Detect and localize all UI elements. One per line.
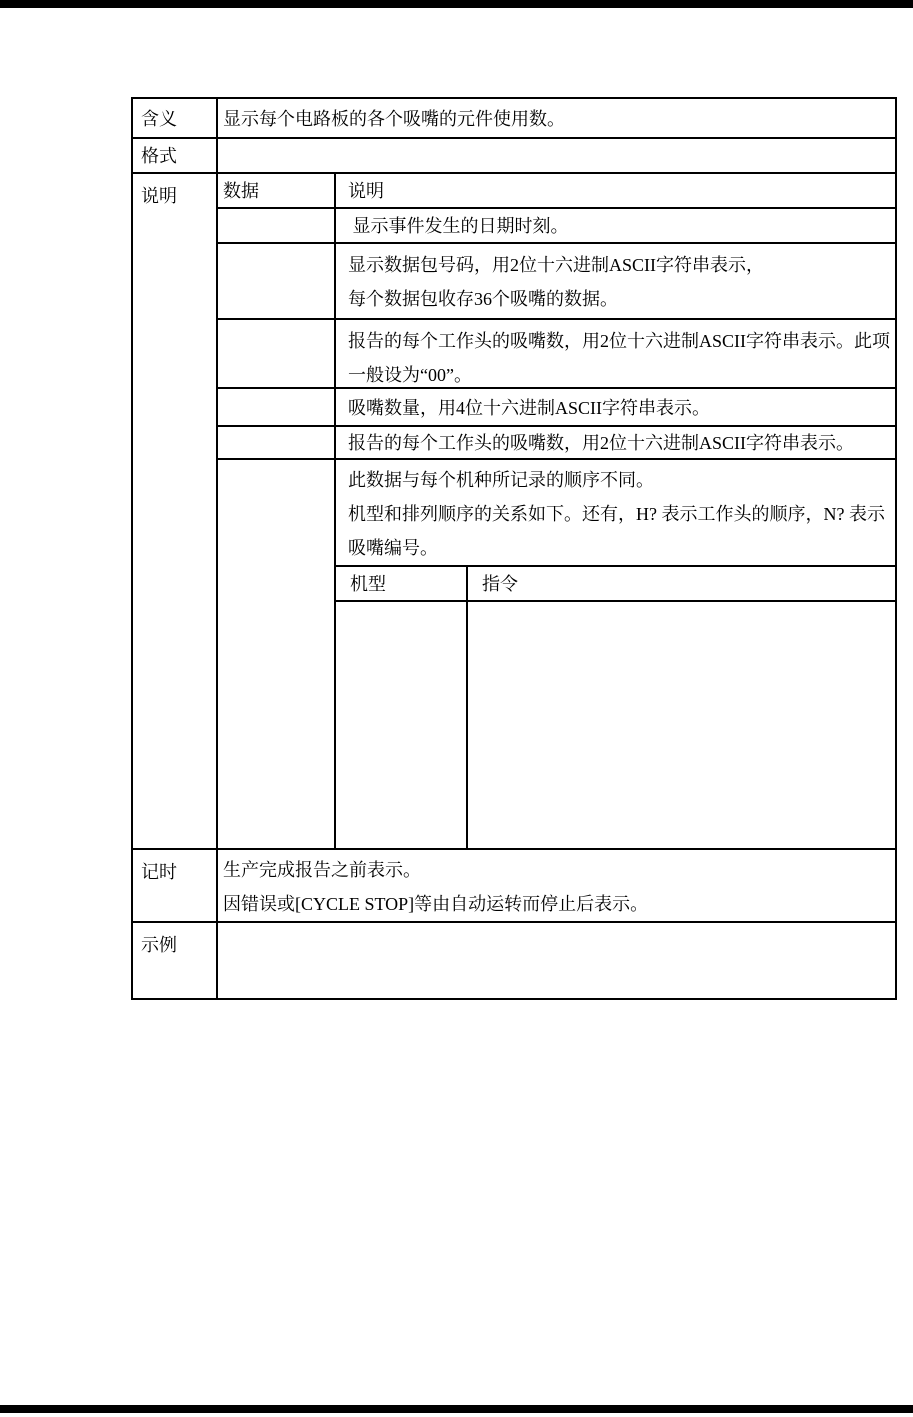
data-cell	[218, 427, 336, 458]
subtable-row-headcount: 报告的每个工作头的吸嘴数，用2位十六进制ASCII字符串表示。此项 一般设为“0…	[218, 320, 895, 389]
machine-table-header-command: 指令	[468, 567, 895, 600]
machine-model-table: 机型 指令	[336, 565, 895, 849]
desc-cell: 报告的每个工作头的吸嘴数，用2位十六进制ASCII字符串表示。此项 一般设为“0…	[336, 320, 895, 387]
meaning-content: 显示每个电路板的各个吸嘴的元件使用数。	[218, 99, 895, 137]
page-top-rule	[0, 0, 913, 8]
row-timing: 记时 生产完成报告之前表示。 因错误或[CYCLE STOP]等由自动运转而停止…	[133, 850, 895, 923]
data-cell	[218, 320, 336, 387]
machine-command-cell	[468, 602, 895, 849]
machine-table-header-row: 机型 指令	[336, 567, 895, 602]
row-label-format: 格式	[133, 139, 218, 172]
row-label-explanation: 说明	[133, 174, 218, 849]
machine-table-row	[336, 602, 895, 849]
page-bottom-rule	[0, 1405, 913, 1413]
subtable-row-nozzle-qty: 吸嘴数量，用4位十六进制ASCII字符串表示。	[218, 389, 895, 427]
desc-cell: 报告的每个工作头的吸嘴数，用2位十六进制ASCII字符串表示。	[336, 427, 895, 458]
explanation-subtable: 数据 说明 显示事件发生的日期时刻。 显示数据包号码，用2位十六进制ASCII字…	[218, 174, 895, 849]
order-note-text: 此数据与每个机种所记录的顺序不同。 机型和排列顺序的关系如下。还有，H? 表示工…	[336, 460, 895, 565]
subtable-row-packet: 显示数据包号码，用2位十六进制ASCII字符串表示， 每个数据包收存36个吸嘴的…	[218, 244, 895, 320]
row-label-example: 示例	[133, 923, 218, 998]
row-label-meaning: 含义	[133, 99, 218, 137]
format-content	[218, 139, 895, 172]
data-cell	[218, 460, 336, 849]
machine-model-cell	[336, 602, 468, 849]
row-meaning: 含义 显示每个电路板的各个吸嘴的元件使用数。	[133, 99, 895, 139]
document-page: 含义 显示每个电路板的各个吸嘴的元件使用数。 格式 说明 数据 说明 显示事件发…	[0, 0, 913, 1417]
machine-table-header-model: 机型	[336, 567, 468, 600]
subtable-header-row: 数据 说明	[218, 174, 895, 209]
subtable-header-desc: 说明	[336, 174, 895, 207]
subtable-header-data: 数据	[218, 174, 336, 207]
order-cell: 此数据与每个机种所记录的顺序不同。 机型和排列顺序的关系如下。还有，H? 表示工…	[336, 460, 895, 849]
desc-cell: 吸嘴数量，用4位十六进制ASCII字符串表示。	[336, 389, 895, 425]
data-cell	[218, 244, 336, 318]
timing-content: 生产完成报告之前表示。 因错误或[CYCLE STOP]等由自动运转而停止后表示…	[218, 850, 895, 921]
data-cell	[218, 389, 336, 425]
row-label-timing: 记时	[133, 850, 218, 921]
subtable-row-head-nozzle: 报告的每个工作头的吸嘴数，用2位十六进制ASCII字符串表示。	[218, 427, 895, 460]
row-explanation: 说明 数据 说明 显示事件发生的日期时刻。 显示数据包号码，用2位十六进制ASC…	[133, 174, 895, 851]
row-example: 示例	[133, 923, 895, 998]
subtable-row-datetime: 显示事件发生的日期时刻。	[218, 209, 895, 244]
row-format: 格式	[133, 139, 895, 174]
desc-cell: 显示数据包号码，用2位十六进制ASCII字符串表示， 每个数据包收存36个吸嘴的…	[336, 244, 895, 318]
desc-cell: 显示事件发生的日期时刻。	[336, 209, 895, 242]
spec-table: 含义 显示每个电路板的各个吸嘴的元件使用数。 格式 说明 数据 说明 显示事件发…	[131, 97, 897, 1000]
data-cell	[218, 209, 336, 242]
subtable-row-order: 此数据与每个机种所记录的顺序不同。 机型和排列顺序的关系如下。还有，H? 表示工…	[218, 460, 895, 849]
example-content	[218, 923, 895, 998]
